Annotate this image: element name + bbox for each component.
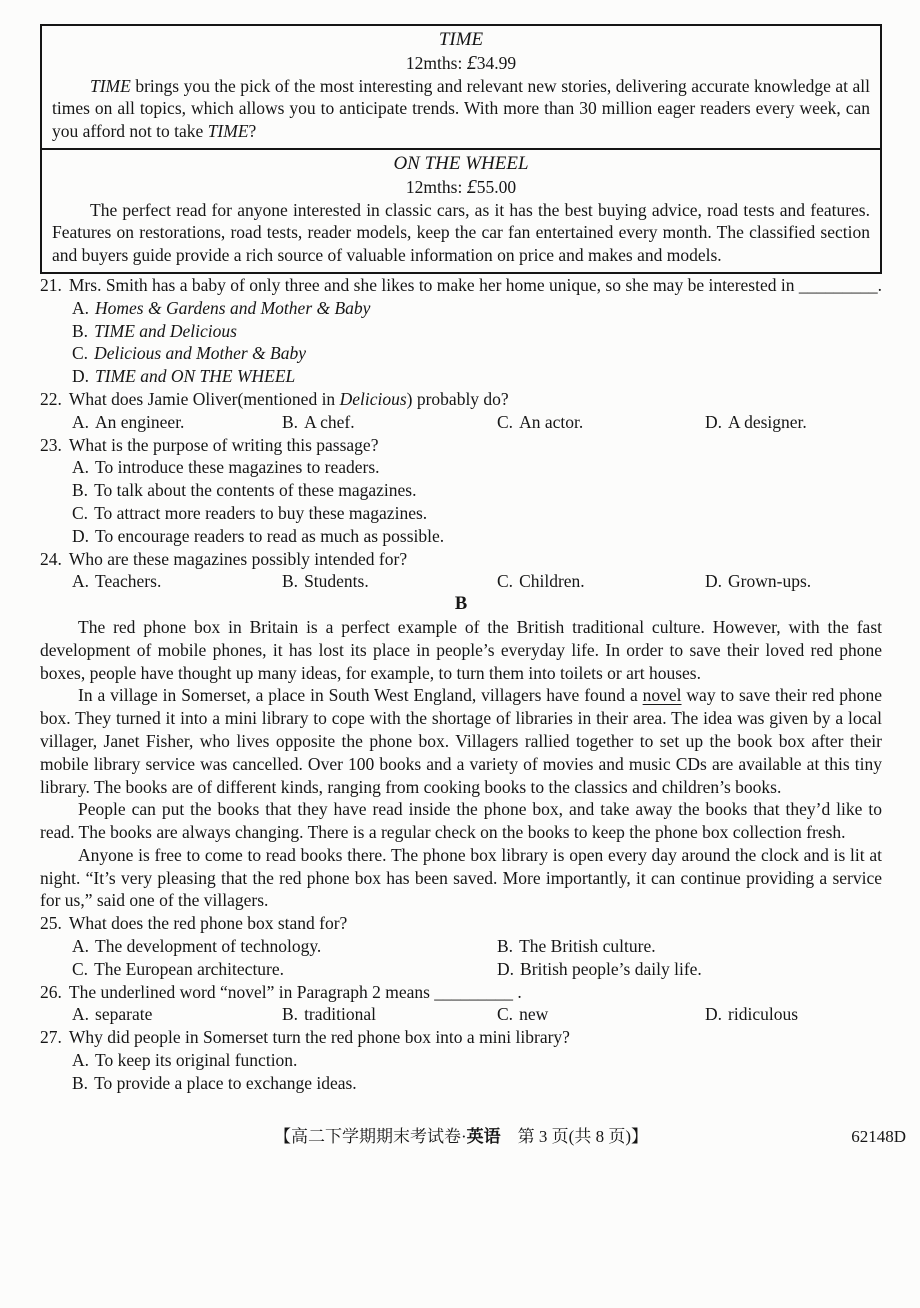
question-23-option-a: A.To introduce these magazines to reader…: [72, 456, 882, 479]
magazine-description-time: TIME brings you the pick of the most int…: [52, 75, 870, 143]
question-23-options: A.To introduce these magazines to reader…: [40, 456, 882, 547]
question-27-options: A.To keep its original function. B.To pr…: [40, 1049, 882, 1095]
question-23-number: 23.: [40, 435, 62, 455]
question-22-option-d: D.A designer.: [705, 411, 882, 434]
question-26-text: 26.The underlined word “novel” in Paragr…: [40, 981, 882, 1004]
question-26-option-c: C.new: [497, 1003, 705, 1026]
question-26-options: A.separate B.traditional C.new D.ridicul…: [40, 1003, 882, 1026]
passage-paragraph-1: The red phone box in Britain is a perfec…: [40, 616, 882, 684]
footer-caption: 【高二下学期期末考试卷·英语 第 3 页(共 8 页)】: [40, 1126, 882, 1149]
question-21-options: A.Homes & Gardens and Mother & Baby B.TI…: [40, 297, 882, 388]
question-25-option-c: C.The European architecture.: [72, 958, 497, 981]
section-b-label: B: [40, 593, 882, 616]
page-footer: 【高二下学期期末考试卷·英语 第 3 页(共 8 页)】 62148D: [40, 1126, 882, 1149]
question-27-option-b: B.To provide a place to exchange ideas.: [72, 1072, 882, 1095]
question-27-text: 27.Why did people in Somerset turn the r…: [40, 1026, 882, 1049]
magazine-price-on-the-wheel: 12mths: £55.00: [52, 176, 870, 199]
question-27: 27.Why did people in Somerset turn the r…: [40, 1026, 882, 1094]
question-27-option-a: A.To keep its original function.: [72, 1049, 882, 1072]
question-24: 24.Who are these magazines possibly inte…: [40, 548, 882, 594]
question-22-text: 22.What does Jamie Oliver(mentioned in D…: [40, 388, 882, 411]
magazine-price-time: 12mths: £34.99: [52, 52, 870, 75]
question-22-option-c: C.An actor.: [497, 411, 705, 434]
question-24-number: 24.: [40, 549, 62, 569]
question-24-option-d: D.Grown-ups.: [705, 570, 882, 593]
question-25: 25.What does the red phone box stand for…: [40, 912, 882, 980]
question-21-text: 21.Mrs. Smith has a baby of only three a…: [40, 274, 882, 297]
question-25-options: A.The development of technology. B.The B…: [40, 935, 882, 981]
question-24-option-c: C.Children.: [497, 570, 705, 593]
question-26-option-b: B.traditional: [282, 1003, 497, 1026]
question-25-number: 25.: [40, 913, 62, 933]
question-27-number: 27.: [40, 1027, 62, 1047]
question-24-option-b: B.Students.: [282, 570, 497, 593]
magazine-description-on-the-wheel: The perfect read for anyone interested i…: [52, 199, 870, 267]
question-25-option-a: A.The development of technology.: [72, 935, 497, 958]
question-23-option-d: D.To encourage readers to read as much a…: [72, 525, 882, 548]
passage-paragraph-3: People can put the books that they have …: [40, 798, 882, 844]
question-21-option-c: C.Delicious and Mother & Baby: [72, 342, 882, 365]
magazine-box-on-the-wheel: ON THE WHEEL 12mths: £55.00 The perfect …: [40, 148, 882, 274]
question-22-options: A.An engineer. B.A chef. C.An actor. D.A…: [40, 411, 882, 434]
question-22-option-b: B.A chef.: [282, 411, 497, 434]
question-22: 22.What does Jamie Oliver(mentioned in D…: [40, 388, 882, 434]
question-24-options: A.Teachers. B.Students. C.Children. D.Gr…: [40, 570, 882, 593]
question-25-option-b: B.The British culture.: [497, 935, 882, 958]
question-23-option-b: B.To talk about the contents of these ma…: [72, 479, 882, 502]
exam-page: TIME 12mths: £34.99 TIME brings you the …: [0, 0, 920, 1148]
question-22-number: 22.: [40, 389, 62, 409]
magazine-title-on-the-wheel: ON THE WHEEL: [52, 153, 870, 176]
question-26-number: 26.: [40, 982, 62, 1002]
question-21: 21.Mrs. Smith has a baby of only three a…: [40, 274, 882, 388]
question-23: 23.What is the purpose of writing this p…: [40, 434, 882, 548]
question-21-number: 21.: [40, 275, 62, 295]
passage-paragraph-4: Anyone is free to come to read books the…: [40, 844, 882, 912]
question-26-option-a: A.separate: [72, 1003, 282, 1026]
paper-code: 62148D: [851, 1126, 906, 1149]
question-24-option-a: A.Teachers.: [72, 570, 282, 593]
question-22-option-a: A.An engineer.: [72, 411, 282, 434]
passage-paragraph-2: In a village in Somerset, a place in Sou…: [40, 684, 882, 798]
magazine-box-time: TIME 12mths: £34.99 TIME brings you the …: [40, 24, 882, 150]
question-21-option-d: D.TIME and ON THE WHEEL: [72, 365, 882, 388]
question-25-option-d: D.British people’s daily life.: [497, 958, 882, 981]
question-21-option-a: A.Homes & Gardens and Mother & Baby: [72, 297, 882, 320]
question-26: 26.The underlined word “novel” in Paragr…: [40, 981, 882, 1027]
question-24-text: 24.Who are these magazines possibly inte…: [40, 548, 882, 571]
question-23-option-c: C.To attract more readers to buy these m…: [72, 502, 882, 525]
question-25-text: 25.What does the red phone box stand for…: [40, 912, 882, 935]
question-26-option-d: D.ridiculous: [705, 1003, 882, 1026]
question-21-option-b: B.TIME and Delicious: [72, 320, 882, 343]
question-23-text: 23.What is the purpose of writing this p…: [40, 434, 882, 457]
magazine-title-time: TIME: [52, 29, 870, 52]
